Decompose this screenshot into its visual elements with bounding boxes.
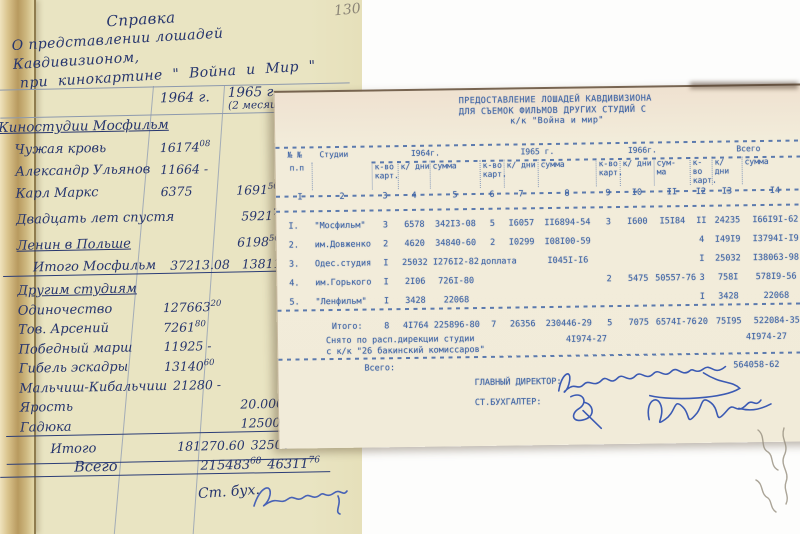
typed-grand-total-label: Всего:	[364, 363, 395, 373]
amount-1964: 6375	[154, 182, 230, 199]
amount-1964: 11664 -	[154, 160, 230, 177]
cell-num: 4.	[289, 278, 313, 288]
film-title: Гадюка	[6, 418, 159, 436]
film-title: Двадцать лет спустя	[2, 210, 164, 228]
subcol: к/ дни	[619, 158, 653, 186]
typed-title: ПРЕДОСТАВЛЕНИЕ ЛОШАДЕЙ КАВДИВИЗИОНА ДЛЯ …	[459, 94, 655, 128]
cell: 3	[372, 220, 398, 230]
amount-1964: 37213.08	[164, 256, 236, 273]
cell: I600	[620, 216, 654, 226]
subcol: к/ дни	[398, 161, 430, 189]
amount-1964: 1314060	[158, 357, 234, 374]
cell: I38063-98	[743, 252, 800, 263]
cell: I5I84	[654, 216, 690, 227]
table-subheader: п.п к-во карт. к/ дни сумма к-во карт. к…	[288, 155, 800, 190]
cell: 22068	[743, 290, 800, 301]
cell: 26356	[506, 319, 540, 329]
cell: 2	[373, 239, 399, 249]
kopecks-1964: 80	[195, 319, 206, 329]
cell: II6894-54	[538, 217, 596, 228]
cell: 2	[481, 237, 505, 247]
film-title: Одиночество	[4, 301, 157, 319]
film-title: Ярость	[6, 398, 159, 416]
subcol: сумма	[430, 160, 480, 189]
cell: 75I95	[714, 316, 744, 326]
accountant-label: СТ.БУХГАЛТЕР:	[475, 397, 542, 408]
cell: 5475	[621, 273, 655, 283]
kopecks-1964: 08	[199, 139, 210, 149]
film-title: Гибель эскадры	[5, 359, 158, 377]
subcol: к/ дни	[504, 159, 538, 187]
amount-1964: 12766320	[157, 299, 233, 316]
cell: I0299	[505, 237, 539, 247]
subcol: к/ дни	[711, 156, 741, 184]
cell-studio: "Ленфильм"	[313, 296, 373, 307]
cell: I08I00-59	[539, 236, 597, 247]
film-title: Александр Ульянов	[1, 162, 154, 180]
cell-num: 2.	[289, 240, 313, 250]
cell: 522084-35	[744, 315, 800, 326]
year-1964-label: 1964 г.	[160, 89, 210, 106]
director-label: ГЛАВНЫЙ ДИРЕКТОР:	[475, 377, 562, 388]
cell: 225896-80	[432, 319, 482, 330]
grand-total-1964: 21548368	[196, 456, 263, 473]
cell: доплата	[481, 256, 505, 266]
cell: 3	[596, 217, 620, 227]
subcol: к-во карт.	[480, 160, 504, 188]
film-title: Карл Маркс	[1, 184, 154, 202]
cell	[539, 279, 597, 280]
cell	[655, 259, 691, 260]
cell: I49I9	[713, 234, 743, 244]
film-title: Победный марш	[4, 340, 157, 358]
pencil-marks	[748, 424, 796, 516]
subcol	[312, 161, 372, 190]
group-total-label: Всего	[689, 143, 800, 154]
grand-total-1965: 4631176	[263, 455, 330, 472]
cell-studio: им.Довженко	[313, 239, 373, 250]
cell: 5	[598, 317, 622, 327]
cell: 578I9-56	[743, 271, 800, 282]
col-num-label: № №	[287, 150, 311, 159]
cell: 25032	[399, 257, 431, 267]
deducted-amount-1: 4I974-27	[566, 334, 607, 345]
cell: 230446-29	[540, 318, 598, 329]
cell: 2	[597, 274, 621, 284]
scanned-document: 130 Справка О представлении лошадей Кавд…	[0, 0, 800, 534]
cell: 25032	[713, 253, 743, 263]
director-flourish	[563, 388, 604, 433]
group-1964-label: I964г.	[371, 148, 479, 159]
cell: 6574I-76	[656, 317, 692, 328]
col-studio-label: Студии	[311, 149, 371, 159]
cell: 4I764	[400, 320, 432, 330]
cell	[655, 240, 691, 241]
cell: 3	[691, 272, 713, 282]
cell: 50557-76	[655, 273, 691, 284]
film-title: Итого Мосфильм	[3, 258, 164, 276]
typed-page: ПРЕДОСТАВЛЕНИЕ ЛОШАДЕЙ КАВДИВИЗИОНА ДЛЯ …	[274, 83, 800, 449]
cell: 24235	[712, 215, 742, 225]
cell-studio: Одес.студия	[313, 258, 373, 269]
cell: 758I	[713, 272, 743, 282]
cell: I66I9I-62	[742, 214, 800, 225]
subcol: к-во карт.	[372, 161, 398, 189]
typed-table: I. "Мосфильм" 3 6578 342I3-08 5 I6057 II…	[288, 209, 800, 336]
cell: I045I-I6	[539, 255, 597, 266]
table-row: Итого: 8 4I764 225896-80 7 26356 230446-…	[290, 310, 800, 336]
cell: 4620	[399, 238, 431, 248]
film-title: Ленин в Польше	[2, 236, 155, 254]
deducted-amount-2: 4I974-27	[746, 332, 787, 343]
cell: 2I06	[399, 276, 431, 286]
cell: 726I-80	[431, 275, 481, 286]
cell: I276I2-82	[431, 256, 481, 267]
amount-1964: 11925 -	[157, 338, 233, 355]
cell: I6057	[504, 218, 538, 228]
cell: 34840-60	[431, 237, 481, 248]
handwritten-title: Справка О представлении лошадей Кавдивиз…	[10, 0, 354, 94]
cell: 3428	[399, 295, 431, 305]
deducted-note: Снято по расп.дирекции студии с к/к "26 …	[326, 334, 485, 357]
cell: 6578	[398, 219, 430, 229]
cell: 342I3-08	[430, 218, 480, 229]
group-1965-label: I965 г.	[479, 146, 595, 157]
kopecks-1964: 20	[210, 299, 221, 309]
cell: II	[690, 215, 712, 225]
film-title: Другим студиям	[3, 281, 156, 299]
cell: 7	[482, 319, 506, 329]
film-title: Киностудии Мосфильм	[0, 117, 146, 136]
cell: I	[691, 291, 713, 301]
cell-studio: Итого:	[314, 321, 374, 332]
cell: I	[373, 258, 399, 268]
film-title: Тов. Арсений	[4, 320, 157, 338]
cell-num: 5.	[289, 297, 313, 307]
subcol: к-во карт.	[689, 157, 711, 185]
cell	[655, 297, 691, 298]
cell: 4	[691, 234, 713, 244]
cell: 22068	[431, 294, 481, 305]
cell: 7075	[622, 317, 656, 327]
cell: 8	[374, 321, 400, 331]
subcol: сум- ма	[653, 157, 689, 185]
amount-1964: 21280 -	[167, 377, 239, 394]
ledger: Киностудии Мосфильм Чужая кровь 1617408 …	[0, 108, 315, 464]
table-header: № № Студии I964г. I965 г. I966г. Всего п…	[287, 143, 800, 202]
cell-studio: им.Горького	[313, 277, 373, 288]
film-title: Мальчиш-Кибальчиш	[5, 378, 167, 396]
amount-1964: 726180	[157, 318, 233, 335]
cell: 5	[480, 218, 504, 228]
subcol: к-во карт.	[596, 158, 620, 186]
cell-studio: "Мосфильм"	[312, 220, 372, 231]
subcol: сумма	[538, 158, 596, 187]
amount-1964: 1617408	[154, 138, 230, 155]
cell: 20	[692, 316, 714, 326]
scan-shadow	[690, 82, 798, 89]
cell-num: 3.	[289, 259, 313, 269]
cell: I	[691, 253, 713, 263]
kopecks-1964: 60	[204, 358, 215, 368]
film-title: Чужая кровь	[1, 140, 154, 158]
subcol: сумма	[741, 155, 800, 184]
cell	[539, 298, 597, 299]
cell: I	[373, 277, 399, 287]
cell-num: I.	[288, 221, 312, 231]
cell: I	[373, 296, 399, 306]
group-1966-label: I966г.	[595, 145, 689, 155]
bookkeeper-signature	[250, 478, 350, 516]
cell: I3794I-I9	[743, 233, 800, 244]
grand-total-label: Всего	[0, 457, 197, 476]
subcol: п.п	[288, 162, 312, 190]
cell: 3428	[713, 291, 743, 301]
